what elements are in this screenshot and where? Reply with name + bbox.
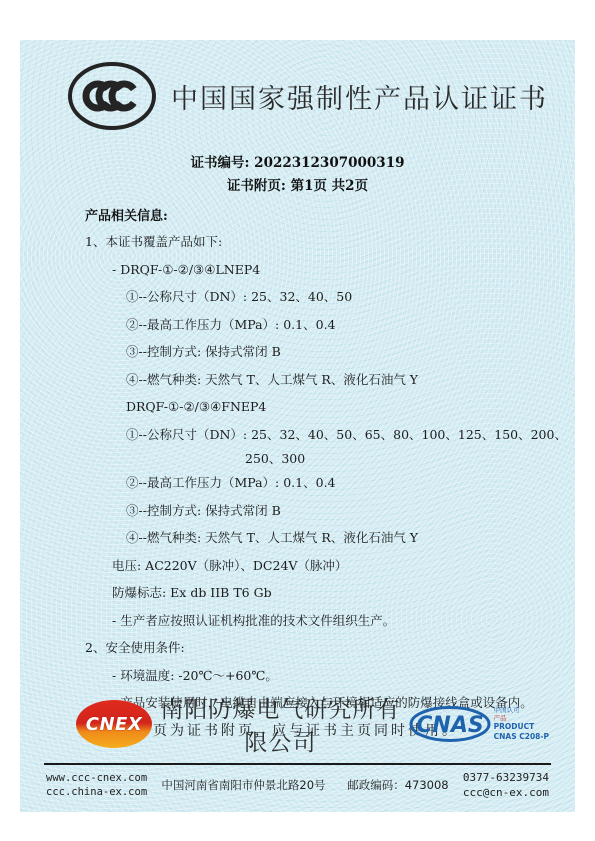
section-title: 产品相关信息:: [85, 206, 575, 228]
product-line: - DRQF-①-②/③④LNEP4: [112, 256, 575, 284]
certificate-attachment-page: 中国国家强制性产品认证证书 证书编号: 2022312307000319 证书附…: [20, 40, 575, 812]
certificate-identifiers: 证书编号: 2022312307000319 证书附页: 第1页 共2页: [20, 152, 575, 198]
product-line: ②--最高工作压力（MPa）: 0.1、0.4: [126, 311, 575, 339]
contact-details: 0377-63239734 ccc@cn-ex.com: [463, 770, 549, 800]
website-url: www.ccc-cnex.com: [46, 771, 147, 785]
cnas-side-text: 中国认可 产品 PRODUCT CNAS C208-P: [494, 706, 549, 742]
certificate-title: 中国国家强制性产品认证证书: [158, 77, 575, 116]
certificate-pages: 证书附页: 第1页 共2页: [20, 175, 575, 198]
issuer-address: 中国河南省南阳市仲景北路20号 邮政编码：473008: [147, 777, 463, 793]
email-address: ccc@cn-ex.com: [463, 785, 549, 800]
product-line: ②--最高工作压力（MPa）: 0.1、0.4: [126, 469, 575, 497]
product-line: ③--控制方式: 保持式常闭 B: [126, 497, 575, 525]
product-line: ④--燃气种类: 天然气 T、人工煤气 R、液化石油气 Y: [126, 366, 575, 394]
product-line: DRQF-①-②/③④FNEP4: [126, 393, 575, 421]
cnex-logo-icon: CNEX: [76, 700, 152, 748]
safety-conditions-line: - 环境温度: -20℃～+60℃。: [112, 662, 575, 690]
footer-contact-row: www.ccc-cnex.com ccc.china-ex.com 中国河南省南…: [20, 765, 575, 812]
product-line: 1、本证书覆盖产品如下:: [85, 228, 575, 256]
website-links: www.ccc-cnex.com ccc.china-ex.com: [46, 771, 147, 799]
product-line: ①--公称尺寸（DN）: 25、32、40、50、65、80、100、125、1…: [126, 421, 575, 449]
certificate-header: 中国国家强制性产品认证证书: [20, 40, 575, 136]
postal-code: 邮政编码：473008: [347, 778, 448, 792]
product-line: 电压: AC220V（脉冲）、DC24V（脉冲）: [112, 552, 575, 580]
cnas-logo-icon: CNAS: [409, 703, 491, 745]
cnex-logo-text: CNEX: [86, 714, 142, 735]
cnas-side-line: 中国认可: [494, 706, 549, 714]
product-line: ④--燃气种类: 天然气 T、人工煤气 R、液化石油气 Y: [126, 524, 575, 552]
footer-logo-row: CNEX 南阳防爆电气研究所有限公司 CNAS 中国认可 产品 PRODUCT …: [20, 691, 575, 757]
product-line-continuation: 250、300: [245, 448, 575, 469]
cnas-side-line: PRODUCT: [494, 722, 549, 732]
ccc-mark-icon: [66, 60, 158, 132]
safety-conditions-line: 2、安全使用条件:: [85, 634, 575, 662]
cnas-scheme-code: CNAS C208-P: [494, 732, 549, 742]
svg-text:CNAS: CNAS: [416, 713, 483, 738]
product-line: - 生产者应按照认证机构批准的技术文件组织生产。: [112, 607, 575, 635]
product-line: ①--公称尺寸（DN）: 25、32、40、50: [126, 283, 575, 311]
issuer-company-name: 南阳防爆电气研究所有限公司: [152, 691, 409, 757]
certificate-number: 证书编号: 2022312307000319: [20, 152, 575, 175]
certificate-footer: CNEX 南阳防爆电气研究所有限公司 CNAS 中国认可 产品 PRODUCT …: [20, 691, 575, 812]
product-info-section: 产品相关信息: 1、本证书覆盖产品如下: - DRQF-①-②/③④LNEP4 …: [20, 206, 575, 743]
website-url: ccc.china-ex.com: [46, 785, 147, 799]
cnas-side-line: 产品: [494, 714, 549, 722]
address-text: 中国河南省南阳市仲景北路20号: [161, 778, 325, 792]
product-line: ③--控制方式: 保持式常闭 B: [126, 338, 575, 366]
document-sheet: 中国国家强制性产品认证证书 证书编号: 2022312307000319 证书附…: [0, 0, 595, 841]
product-line: 防爆标志: Ex db IIB T6 Gb: [112, 579, 575, 607]
cnas-accreditation-block: CNAS 中国认可 产品 PRODUCT CNAS C208-P: [409, 703, 549, 745]
phone-number: 0377-63239734: [463, 770, 549, 785]
